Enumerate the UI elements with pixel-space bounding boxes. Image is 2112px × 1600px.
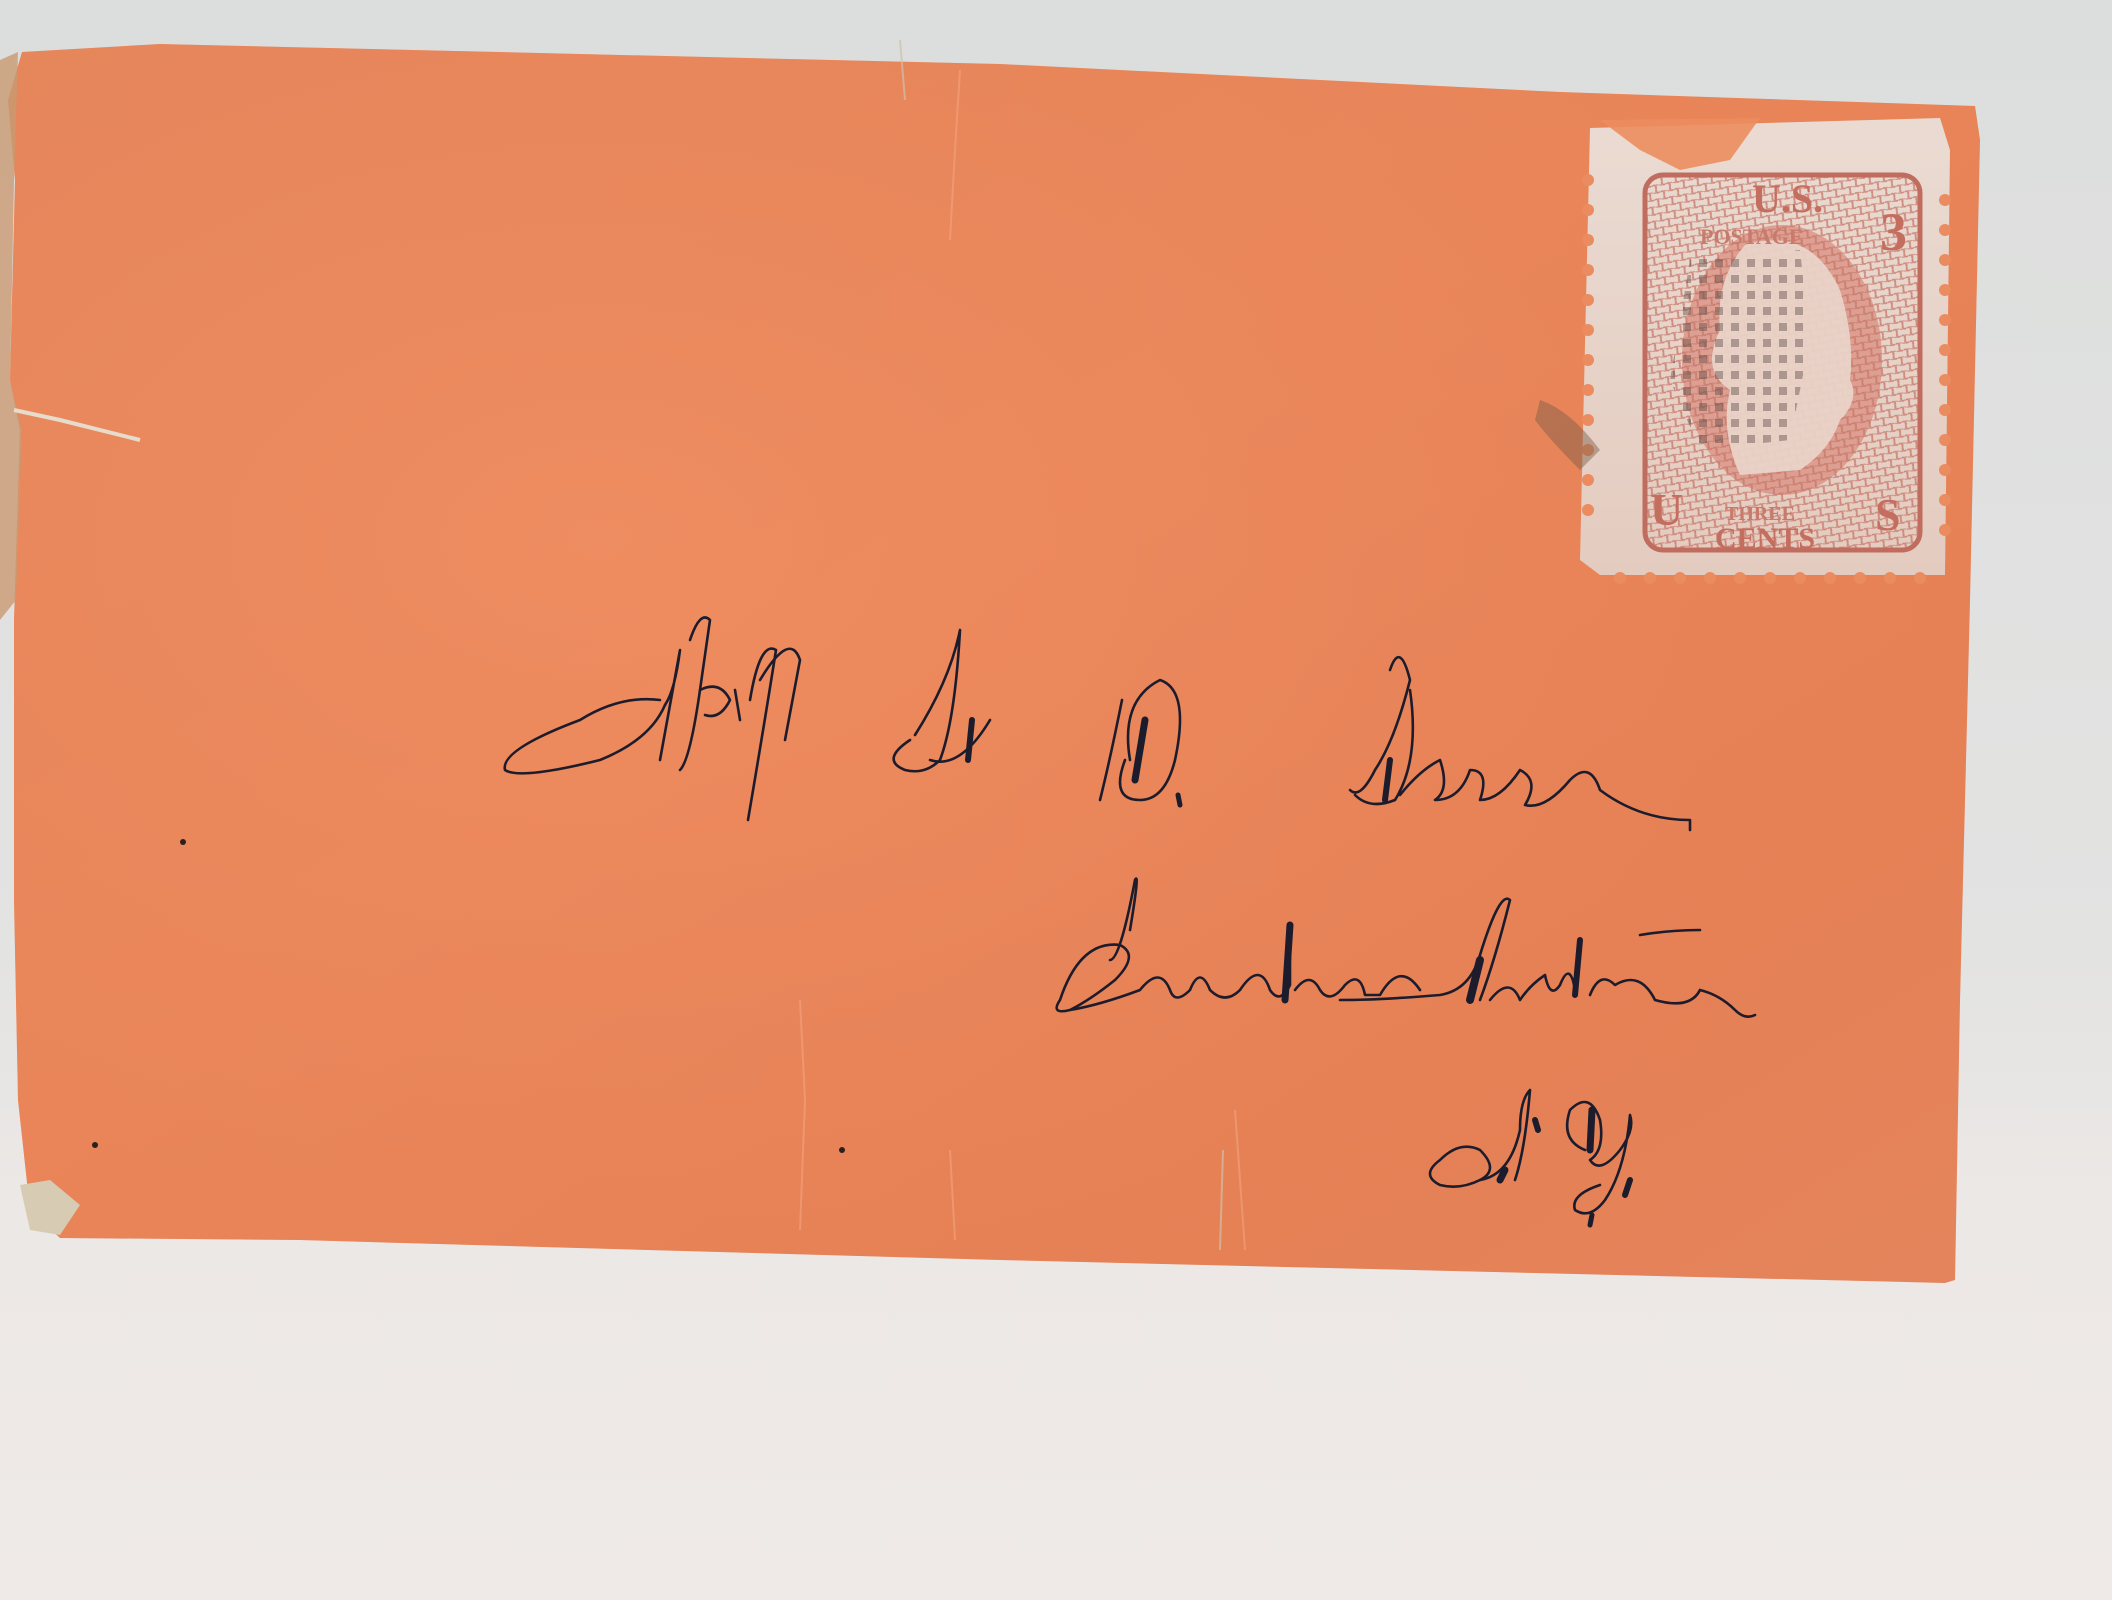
postage-stamp: U.S. POSTAGE 3 THREE CENTS U S (1535, 118, 1951, 584)
svg-text:U: U (1650, 484, 1683, 535)
svg-text:CENTS: CENTS (1715, 522, 1815, 555)
photo-scene: U.S. POSTAGE 3 THREE CENTS U S (0, 0, 2112, 1600)
stamp-denomination: 3 (1880, 202, 1907, 262)
svg-text:S: S (1875, 489, 1901, 540)
stamp-us-text: U.S. (1752, 176, 1823, 221)
envelope: U.S. POSTAGE 3 THREE CENTS U S (0, 0, 2112, 1600)
stamp-postage-text: POSTAGE (1700, 224, 1804, 249)
